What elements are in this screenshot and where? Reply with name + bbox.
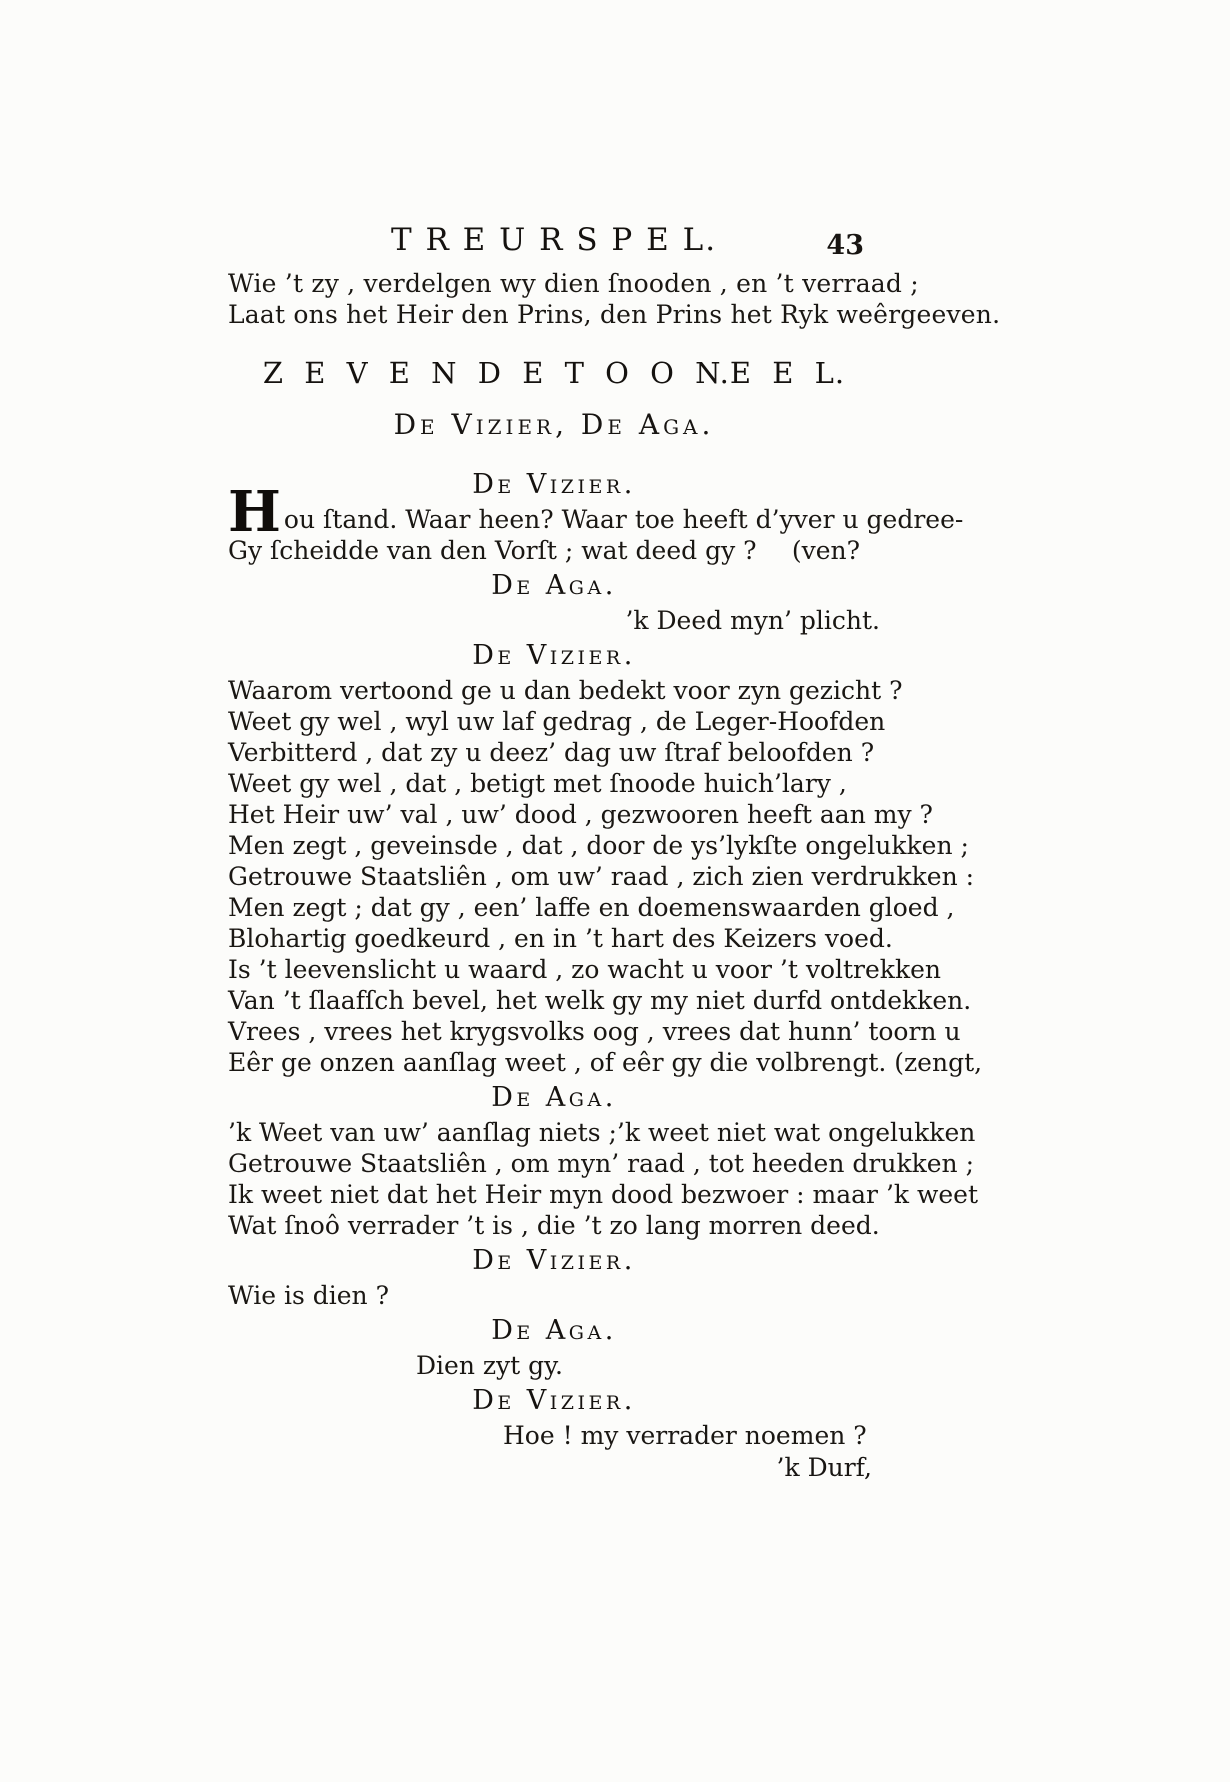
speaker-heading: De Aga.	[228, 1313, 880, 1349]
verse-text: Wie is dien ?	[228, 1281, 389, 1310]
speaker-heading: De Aga.	[228, 568, 880, 604]
verse-text: ’k Weet van uw’ aanſlag niets ;’k weet n…	[228, 1118, 975, 1147]
verse-text: Verbitterd , dat zy u deez’ dag uw ſtraf…	[228, 738, 874, 767]
verse-line: Getrouwe Staatsliên , om uw’ raad , zich…	[228, 861, 880, 892]
verse-text: Gy ſcheidde van den Vorſt ; wat deed gy …	[228, 536, 757, 565]
verse-line: Weet gy wel , dat , betigt met ſnoode hu…	[228, 768, 880, 799]
verse-text: Men zegt ; dat gy , een’ laffe en doemen…	[228, 893, 955, 922]
text-block: T R E U R S P E L. 43 Wie ’t zy , verdel…	[228, 222, 880, 1483]
opening-verse: Wie ’t zy , verdelgen wy dien ſnooden , …	[228, 268, 880, 330]
verse-text: Van ’t ſlaafſch bevel, het welk gy my ni…	[228, 986, 971, 1015]
verse-line: Wat ſnoô verrader ’t is , die ’t zo lang…	[228, 1210, 880, 1241]
verse-line: Ik weet niet dat het Heir myn dood bezwo…	[228, 1179, 880, 1210]
verse-line: Eêr ge onzen aanſlag weet , of eêr gy di…	[228, 1047, 880, 1078]
verse-line: Hoe ! my verrader noemen ?	[503, 1420, 880, 1451]
speaker-heading: De Vizier.	[228, 467, 880, 503]
verse-line: ’k Weet van uw’ aanſlag niets ;’k weet n…	[228, 1117, 880, 1148]
characters-line: De Vizier, De Aga.	[228, 408, 880, 441]
verse-text: Wat ſnoô verrader ’t is , die ’t zo lang…	[228, 1211, 880, 1240]
turnover-note: (ven?	[792, 535, 860, 566]
verse-text: Getrouwe Staatsliên , om uw’ raad , zich…	[228, 862, 974, 891]
verse-text: Weet gy wel , dat , betigt met ſnoode hu…	[228, 769, 847, 798]
verse-line: Wie is dien ?	[228, 1280, 880, 1311]
dialogue: De Vizier.Hou ſtand. Waar heen? Waar toe…	[228, 467, 880, 1451]
verse-line: Verbitterd , dat zy u deez’ dag uw ſtraf…	[228, 737, 880, 768]
speech-block: De Vizier.Wie is dien ?	[228, 1243, 880, 1311]
verse-text: Is ’t leevenslicht u waard , zo wacht u …	[228, 955, 941, 984]
verse-line: Men zegt , geveinsde , dat , door de ys’…	[228, 830, 880, 861]
verse-text: Dien zyt gy.	[416, 1351, 563, 1380]
book-page: T R E U R S P E L. 43 Wie ’t zy , verdel…	[0, 0, 1230, 1782]
speaker-heading: De Vizier.	[228, 638, 880, 674]
verse-line: Weet gy wel , wyl uw laf gedrag , de Leg…	[228, 706, 880, 737]
verse-text: Blohartig goedkeurd , en in ’t hart des …	[228, 924, 893, 953]
verse-text: ’k Deed myn’ plicht.	[625, 606, 880, 635]
verse-line: Getrouwe Staatsliên , om myn’ raad , tot…	[228, 1148, 880, 1179]
verse-line: Men zegt ; dat gy , een’ laffe en doemen…	[228, 892, 880, 923]
verse-text: Eêr ge onzen aanſlag weet , of eêr gy di…	[228, 1048, 982, 1077]
speaker-heading: De Vizier.	[228, 1243, 880, 1279]
verse-text: ou ſtand. Waar heen? Waar toe heeft d’yv…	[284, 505, 963, 534]
verse-line: Het Heir uw’ val , uw’ dood , gezwooren …	[228, 799, 880, 830]
verse-text: Het Heir uw’ val , uw’ dood , gezwooren …	[228, 800, 933, 829]
verse-text: Hoe ! my verrader noemen ?	[503, 1421, 867, 1450]
verse-line: Hou ſtand. Waar heen? Waar toe heeft d’y…	[228, 504, 880, 535]
speech-block: De Aga.Dien zyt gy.	[228, 1313, 880, 1381]
scene-heading: Z E V E N D E T O O N.E E L.	[228, 356, 880, 390]
verse-line: Vrees , vrees het krygsvolks oog , vrees…	[228, 1016, 880, 1047]
verse-line: Waarom vertoond ge u dan bedekt voor zyn…	[228, 675, 880, 706]
verse-line: Is ’t leevenslicht u waard , zo wacht u …	[228, 954, 880, 985]
speech-block: De Vizier.Hou ſtand. Waar heen? Waar toe…	[228, 467, 880, 566]
speaker-heading: De Aga.	[228, 1080, 880, 1116]
verse-text: Getrouwe Staatsliên , om myn’ raad , tot…	[228, 1149, 974, 1178]
page-header: T R E U R S P E L. 43	[228, 222, 880, 266]
speech-block: De Vizier.Hoe ! my verrader noemen ?	[228, 1383, 880, 1451]
verse-line: Blohartig goedkeurd , en in ’t hart des …	[228, 923, 880, 954]
page-number: 43	[826, 230, 864, 261]
opening-line: Wie ’t zy , verdelgen wy dien ſnooden , …	[228, 268, 880, 299]
opening-line: Laat ons het Heir den Prins, den Prins h…	[228, 299, 880, 330]
verse-text: Waarom vertoond ge u dan bedekt voor zyn…	[228, 676, 902, 705]
verse-text: Ik weet niet dat het Heir myn dood bezwo…	[228, 1180, 978, 1209]
speech-block: De Vizier.Waarom vertoond ge u dan bedek…	[228, 638, 880, 1078]
verse-line: Gy ſcheidde van den Vorſt ; wat deed gy …	[228, 535, 880, 566]
speech-block: De Aga.’k Deed myn’ plicht.	[228, 568, 880, 636]
running-title: T R E U R S P E L.	[228, 222, 880, 258]
catchword: ’k Durf,	[228, 1452, 880, 1483]
verse-text: Vrees , vrees het krygsvolks oog , vrees…	[228, 1017, 961, 1046]
verse-line: Dien zyt gy.	[416, 1350, 880, 1381]
verse-text: Men zegt , geveinsde , dat , door de ys’…	[228, 831, 969, 860]
speech-block: De Aga.’k Weet van uw’ aanſlag niets ;’k…	[228, 1080, 880, 1241]
verse-line: Van ’t ſlaafſch bevel, het welk gy my ni…	[228, 985, 880, 1016]
verse-line: ’k Deed myn’ plicht.	[228, 605, 880, 636]
speaker-heading: De Vizier.	[228, 1383, 880, 1419]
verse-text: Weet gy wel , wyl uw laf gedrag , de Leg…	[228, 707, 885, 736]
